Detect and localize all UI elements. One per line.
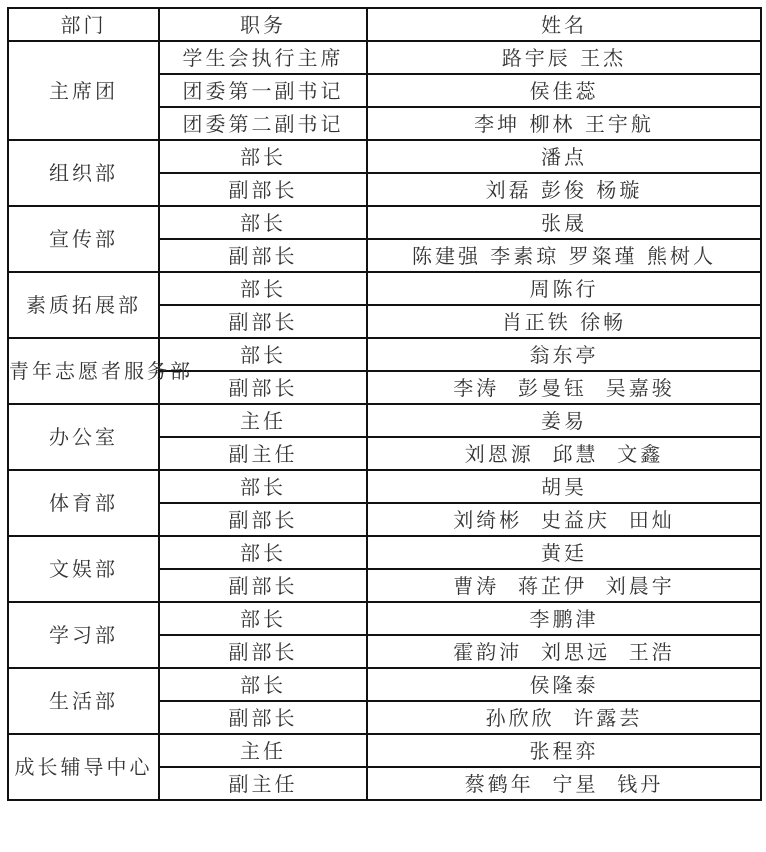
role-cell: 部长 — [159, 668, 367, 701]
role-cell: 副部长 — [159, 503, 367, 536]
department-cell: 成长辅导中心 — [8, 734, 159, 800]
role-cell: 部长 — [159, 272, 367, 305]
role-cell: 副主任 — [159, 437, 367, 470]
department-cell: 素质拓展部 — [8, 272, 159, 338]
table-row: 成长辅导中心 主任 张程弈 — [8, 734, 761, 767]
names-cell: 霍韵沛 刘思远 王浩 — [367, 635, 761, 668]
names-cell: 黄廷 — [367, 536, 761, 569]
names-cell: 张晟 — [367, 206, 761, 239]
table-row: 宣传部 部长 张晟 — [8, 206, 761, 239]
role-cell: 副部长 — [159, 239, 367, 272]
department-cell: 宣传部 — [8, 206, 159, 272]
role-cell: 团委第一副书记 — [159, 74, 367, 107]
department-cell: 学习部 — [8, 602, 159, 668]
role-cell: 部长 — [159, 602, 367, 635]
role-cell: 部长 — [159, 206, 367, 239]
role-cell: 副部长 — [159, 701, 367, 734]
names-cell: 侯佳蕊 — [367, 74, 761, 107]
role-cell: 部长 — [159, 140, 367, 173]
table-row: 素质拓展部 部长 周陈行 — [8, 272, 761, 305]
names-cell: 潘点 — [367, 140, 761, 173]
names-cell: 李坤 柳林 王宇航 — [367, 107, 761, 140]
names-cell: 张程弈 — [367, 734, 761, 767]
role-cell: 主任 — [159, 734, 367, 767]
department-cell: 生活部 — [8, 668, 159, 734]
role-cell: 副部长 — [159, 305, 367, 338]
names-cell: 蔡鹤年 宁星 钱丹 — [367, 767, 761, 800]
table-row: 组织部 部长 潘点 — [8, 140, 761, 173]
department-cell: 主席团 — [8, 41, 159, 140]
role-cell: 主任 — [159, 404, 367, 437]
table-row: 办公室 主任 姜易 — [8, 404, 761, 437]
role-cell: 副部长 — [159, 173, 367, 206]
role-cell: 副主任 — [159, 767, 367, 800]
department-cell: 组织部 — [8, 140, 159, 206]
header-department: 部门 — [8, 8, 159, 41]
table-row: 学习部 部长 李鹏津 — [8, 602, 761, 635]
roster-table: 部门 职务 姓名 主席团 学生会执行主席 路宇辰 王杰 团委第一副书记 侯佳蕊 … — [7, 7, 762, 801]
names-cell: 曹涛 蒋芷伊 刘晨宇 — [367, 569, 761, 602]
department-cell: 体育部 — [8, 470, 159, 536]
names-cell: 胡昊 — [367, 470, 761, 503]
department-cell: 文娱部 — [8, 536, 159, 602]
table-row: 青年志愿者服务部 部长 翁东亭 — [8, 338, 761, 371]
names-cell: 刘恩源 邱慧 文鑫 — [367, 437, 761, 470]
header-role: 职务 — [159, 8, 367, 41]
names-cell: 肖正铁 徐畅 — [367, 305, 761, 338]
role-cell: 部长 — [159, 470, 367, 503]
role-cell: 学生会执行主席 — [159, 41, 367, 74]
names-cell: 陈建强 李素琼 罗粢瑾 熊树人 — [367, 239, 761, 272]
department-cell: 青年志愿者服务部 — [8, 338, 159, 404]
role-cell: 部长 — [159, 536, 367, 569]
names-cell: 翁东亭 — [367, 338, 761, 371]
role-cell: 副部长 — [159, 569, 367, 602]
role-cell: 副部长 — [159, 635, 367, 668]
names-cell: 姜易 — [367, 404, 761, 437]
role-cell: 团委第二副书记 — [159, 107, 367, 140]
names-cell: 李鹏津 — [367, 602, 761, 635]
table-row: 体育部 部长 胡昊 — [8, 470, 761, 503]
names-cell: 孙欣欣 许露芸 — [367, 701, 761, 734]
department-cell: 办公室 — [8, 404, 159, 470]
names-cell: 周陈行 — [367, 272, 761, 305]
table-row: 文娱部 部长 黄廷 — [8, 536, 761, 569]
names-cell: 刘磊 彭俊 杨璇 — [367, 173, 761, 206]
names-cell: 侯隆泰 — [367, 668, 761, 701]
table-row: 生活部 部长 侯隆泰 — [8, 668, 761, 701]
table-row: 主席团 学生会执行主席 路宇辰 王杰 — [8, 41, 761, 74]
names-cell: 刘绮彬 史益庆 田灿 — [367, 503, 761, 536]
header-row: 部门 职务 姓名 — [8, 8, 761, 41]
names-cell: 路宇辰 王杰 — [367, 41, 761, 74]
names-cell: 李涛 彭曼钰 吴嘉骏 — [367, 371, 761, 404]
header-names: 姓名 — [367, 8, 761, 41]
